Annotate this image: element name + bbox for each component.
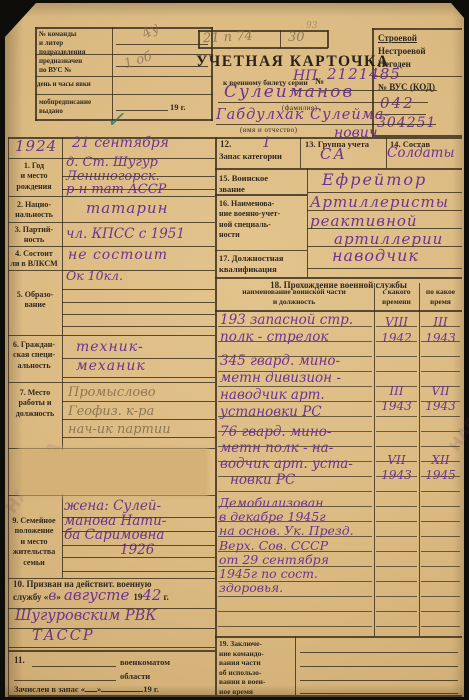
pencil-line: Промыслово	[68, 384, 171, 403]
row11-number: 11.	[14, 655, 25, 666]
rule-line	[62, 545, 215, 546]
label-line: 2. Нацио-	[10, 200, 58, 210]
grid-line	[215, 250, 307, 251]
dispatch-box-line	[35, 94, 213, 95]
row10-printed-quote: »	[56, 592, 61, 602]
birth-date-value: 21 сентября	[72, 136, 169, 150]
label-line: предназначен	[39, 57, 82, 66]
demobilization-note: Демобилизованв декабре 1945гна основ. Ук…	[219, 496, 354, 595]
stamp-entry-small: 93	[306, 22, 317, 31]
label-line: 7. Место	[10, 388, 60, 398]
row15-value: Ефрейтор	[322, 172, 427, 188]
handwriting-line: на основ. Ук. Презд.	[219, 524, 354, 538]
row4-value: не состоит	[68, 248, 168, 262]
label-line: вания части	[219, 658, 265, 668]
row7-label: 7. Местоработы идолжность	[10, 388, 60, 419]
label-line: 15. Воинское	[219, 173, 268, 184]
row2-value: татарин	[86, 201, 168, 216]
rule-line	[62, 557, 215, 558]
handwriting-line: VII	[421, 384, 460, 399]
rule-line	[300, 680, 458, 681]
row1-label: 1. Годи месторождения	[10, 161, 58, 192]
header-line: времени	[374, 297, 419, 307]
rule-line	[62, 358, 215, 359]
label-line: подразделения	[39, 48, 86, 57]
dispatch-row3-label: день и часы явки	[37, 81, 91, 88]
surname-value: Сулейманов	[224, 84, 354, 101]
label-line: рождения	[10, 182, 58, 192]
service-entry-unit: 345 гвард. мино-метн дивизион -наводчик …	[220, 353, 341, 421]
dispatch-box-divider	[112, 27, 113, 120]
label-line: ной специаль-	[219, 220, 280, 230]
row12-label: Запас категории	[219, 151, 282, 161]
grid-line	[8, 495, 215, 496]
handwriting-line: 1943	[376, 468, 417, 483]
handwriting-line: водчик арт. уста-	[220, 456, 353, 472]
grid-line	[419, 283, 420, 636]
row4-label: 4. Состоитли в ВЛКСМ	[8, 249, 60, 270]
rule-line	[8, 647, 215, 648]
label-line: ние командо-	[219, 649, 265, 659]
rule-line	[300, 652, 458, 653]
handwriting-line: Верх. Сов. СССР	[219, 539, 354, 553]
label-line: ли в ВЛКСМ	[8, 259, 60, 269]
stamp-box-border	[198, 30, 200, 48]
rule-line	[62, 401, 215, 402]
rule-line	[62, 289, 215, 290]
row16-value: Артиллеристыреактивнойартиллерии	[310, 193, 449, 249]
education-note: Ок 10кл.	[66, 270, 123, 283]
label-line: 5. Образо-	[12, 290, 58, 300]
row6-value: техник-механик	[76, 338, 146, 376]
label-line: и место	[8, 537, 60, 547]
label-line: 3. Партий-	[10, 225, 58, 235]
handwriting-line: от 29 сентября	[219, 553, 354, 567]
stamp-box-border	[327, 30, 329, 48]
blank-segment	[85, 683, 97, 692]
grid-line	[300, 137, 301, 168]
row10-hw-year: 42	[142, 586, 161, 604]
handwriting-line: 1943	[421, 399, 460, 414]
dispatch-box-line	[35, 76, 213, 77]
row5-label: 5. Образо-вание	[12, 290, 58, 311]
surname-underline	[218, 102, 428, 103]
label-line: и место	[10, 171, 58, 181]
row10-rvk-value: Шугуровским РВК	[15, 609, 157, 624]
label-line: ние военно-учет-	[219, 209, 280, 219]
row7-value: ПромысловоГеофиз. к-ранач-ик партии	[68, 384, 171, 440]
label-line: 19. Заключе-	[219, 639, 265, 649]
dispatch-row1-label: № командыи литерподразделения	[39, 30, 86, 56]
rule-line	[62, 531, 215, 532]
row14-value: Солдаты	[387, 147, 454, 161]
row3-label: 3. Партий-ность	[10, 225, 58, 246]
row17-label: 17. Должностнаяквалификация	[219, 253, 284, 275]
label-line: работы и	[10, 398, 60, 408]
label-line: 1. Год	[10, 161, 58, 171]
handwriting-line: 1945г по сост.	[219, 567, 354, 581]
header-line: с какого	[374, 287, 419, 297]
handwriting-line: механик	[76, 357, 146, 376]
handwriting-line: 1943	[376, 399, 417, 414]
given-caption: (имя и отчество)	[240, 126, 298, 134]
vus-code-label: № ВУС (КОД)	[378, 82, 435, 93]
dispatch-year-blank: 19 г.	[170, 102, 186, 112]
handwriting-line: VIII	[376, 314, 417, 330]
label-line: вании в воен-	[219, 677, 265, 687]
label-line: ская специ-	[8, 350, 60, 360]
registration-card-scan: НАРОДА НАРОДА № командыи литерподразделе…	[0, 0, 469, 700]
rule-line	[307, 192, 462, 193]
row11-voenkomat-label: военкоматом	[120, 657, 170, 667]
grid-line	[295, 636, 296, 695]
rule-line	[62, 176, 215, 177]
rule-line	[300, 666, 458, 667]
dispatch-value-line	[116, 44, 208, 45]
label-line: 17. Должностная	[219, 253, 284, 264]
rule-line	[62, 189, 215, 190]
label-line: ность	[10, 235, 58, 245]
label-line: квалификация	[219, 264, 284, 275]
service-entry-to: III1943	[421, 314, 460, 346]
service-entry-from: VIII1942	[376, 314, 417, 346]
header-line: и должность	[218, 297, 370, 307]
label-line: вание	[12, 300, 58, 310]
rule-line	[62, 302, 215, 303]
row12-value: 1	[262, 136, 271, 150]
booklet-number-value: 2121485	[327, 67, 401, 82]
label-line: № команды	[39, 30, 86, 39]
label-line: 6. Граждан-	[8, 340, 60, 350]
birth-year-value: 1924	[15, 139, 57, 154]
dispatch-row2-label: предназначенпо ВУС №	[39, 57, 82, 75]
row10-printed-g: г.	[163, 592, 168, 602]
rule-line	[62, 517, 215, 518]
blank-segment	[101, 683, 143, 692]
label-line: нальность	[10, 210, 58, 220]
row10-hw-v: в	[48, 588, 56, 604]
handwriting-line: метн полк - на-	[220, 440, 353, 456]
header-line: время	[419, 297, 462, 307]
handwriting-line: XII	[421, 453, 460, 468]
label-line: положение	[8, 526, 60, 536]
service-entry-to: VII1943	[421, 384, 460, 414]
row11-line3: Зачислен в запас « » 19 г.	[14, 683, 159, 694]
handwriting-line: техник-	[76, 338, 146, 357]
handwriting-line: новки РС	[230, 472, 353, 488]
handwriting-line: 76 гвард. мино-	[220, 424, 353, 440]
rule-line	[307, 210, 462, 211]
service-entry-unit: 76 гвард. мино-метн полк - на-водчик арт…	[220, 424, 353, 488]
handwriting-line: здоровья.	[219, 581, 354, 595]
handwriting-line: метн дивизион -	[220, 370, 341, 387]
row16-label: 16. Наименова-ние военно-учет-ной специа…	[219, 199, 280, 241]
grid-line	[8, 448, 215, 449]
fitness-box-border	[372, 28, 462, 30]
service-entry-from: VII1943	[376, 453, 417, 483]
dispatch-box-border	[35, 27, 213, 29]
redaction-box	[20, 450, 206, 494]
row2-label: 2. Нацио-нальность	[10, 200, 58, 221]
row9-value: жена: Сулей-манова Нати-ба Саримовна1926	[64, 499, 166, 557]
handwriting-line: 193 запасной стр.	[220, 312, 353, 329]
rule-line	[62, 419, 215, 420]
row10-line2: службу « в » августе 19 42 г.	[13, 586, 213, 604]
grid-line	[8, 222, 215, 223]
grid-line	[8, 382, 215, 383]
label-line: по ВУС №	[39, 66, 82, 75]
handwriting-line: 1943	[421, 330, 460, 346]
handwriting-line: Демобилизован	[219, 496, 354, 510]
handwriting-line: 1942	[376, 330, 417, 346]
label-line: должность	[10, 409, 60, 419]
grid-line	[8, 650, 215, 652]
section19-label: 19. Заключе-ние командо-вания частиоб ис…	[219, 639, 265, 697]
row11-oblast-label: области	[120, 671, 150, 681]
grid-line	[215, 194, 307, 196]
given-underline	[216, 124, 436, 125]
label-line: альность	[8, 361, 60, 371]
handwriting-line: установки РС	[220, 404, 341, 421]
stamp-entry: 21 п 74	[203, 30, 253, 46]
handwriting-line: манова Нати-	[64, 514, 166, 529]
table-col1-header: наименование воинской частии должность	[218, 287, 370, 307]
label-line: день и часы явки	[37, 81, 91, 88]
handwriting-line: наводчик арт.	[220, 387, 341, 404]
blank-line	[32, 666, 116, 667]
row10-hw-month: августе	[64, 586, 129, 604]
header-line: наименование воинской части	[218, 287, 370, 297]
row10-printed-line2: службу «	[13, 592, 48, 602]
dispatch-row4-label: мобпредписаниевыдано	[39, 98, 91, 116]
check-mark: ✓	[106, 110, 124, 132]
rule-line	[307, 268, 462, 269]
row15-label: 15. Воинскоезвание	[219, 173, 268, 195]
rule-line	[307, 228, 462, 229]
row10-tassr-value: ТАССР	[32, 629, 95, 644]
grid-line	[374, 283, 375, 636]
handwriting-line: жена: Сулей-	[64, 499, 166, 514]
service-entry-to: XII1945	[421, 453, 460, 483]
rule-line	[62, 437, 215, 438]
grid-line	[8, 137, 9, 695]
grid-line	[215, 137, 217, 695]
row17-value: наводчик	[332, 248, 419, 264]
row6-label: 6. Граждан-ская специ-альность	[8, 340, 60, 371]
row13-value: СА	[320, 147, 347, 162]
grid-line	[8, 335, 215, 336]
label-line: 4. Состоит	[8, 249, 60, 259]
given-name-value: Габдулхак Сулейма-	[216, 108, 390, 123]
label-line: мобпредписание	[39, 98, 91, 107]
label-line: жительства	[8, 547, 60, 557]
label-line: и литер	[39, 39, 86, 48]
row3-value: чл. КПСС с 1951	[66, 228, 185, 242]
grid-line	[307, 168, 308, 277]
handwriting-line: 1945	[421, 468, 460, 483]
dispatch-box-border	[35, 27, 37, 121]
row11-reserve-label: Зачислен в запас «	[14, 684, 85, 694]
service-entry-from: III1943	[376, 384, 417, 414]
rule-line	[300, 693, 458, 694]
row11-year-label: 19 г.	[143, 684, 159, 694]
rule-line	[62, 326, 215, 327]
rule-line	[62, 314, 215, 315]
rule-line	[62, 571, 215, 572]
label-line: ности	[219, 230, 280, 240]
booklet-series-value: НП	[293, 69, 317, 83]
label-line: 16. Наименова-	[219, 199, 280, 209]
stamp-entry: 30	[288, 31, 305, 44]
handwriting-line: Артиллеристы	[310, 193, 449, 212]
row12-number: 12.	[220, 139, 231, 150]
handwriting-line: 345 гвард. мино-	[220, 353, 341, 370]
label-line: выдано	[39, 107, 91, 116]
handwriting-line: в декабре 1945г	[219, 510, 354, 524]
handwriting-line: VII	[376, 453, 417, 468]
table-col3-header: по какоевремя	[419, 287, 462, 307]
handwriting-line: III	[421, 314, 460, 330]
grid-line	[215, 277, 462, 279]
row9-label: 9. Семейноеположениеи местожительствасем…	[8, 516, 60, 568]
handwriting-line: д. Ст. Шугур	[66, 156, 166, 170]
label-line: ное время	[219, 687, 265, 697]
label-line: семьи	[8, 558, 60, 568]
stamp-box-divider	[280, 30, 281, 48]
label-line: 9. Семейное	[8, 516, 60, 526]
stamp-box-border	[198, 47, 328, 49]
table-col2-header: с какоговремени	[374, 287, 419, 307]
grid-line	[215, 636, 462, 638]
label-line: об использо-	[219, 668, 265, 678]
blank-line	[14, 680, 116, 681]
fitness-option-line: Строевой	[378, 33, 417, 44]
header-line: по какое	[419, 287, 462, 297]
service-entry-unit: 193 запасной стр.полк - стрелок	[220, 312, 353, 346]
rule-line	[62, 377, 215, 378]
handwriting-line: III	[376, 384, 417, 399]
handwriting-line: полк - стрелок	[220, 329, 353, 346]
